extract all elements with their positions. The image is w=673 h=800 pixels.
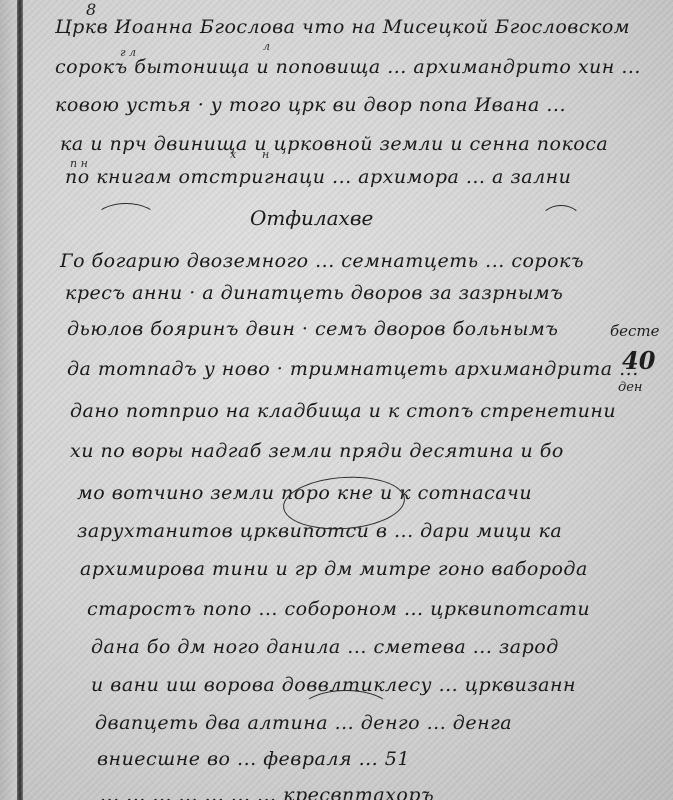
page-left-margin [0, 0, 18, 800]
text-line: кресъ анни · а динатцеть дворов за зазрн… [65, 282, 563, 304]
margin-note: бесте [610, 322, 660, 340]
text-line: старостъ попо ... собороном ... црквипот… [87, 598, 590, 620]
superscript-mark: п н [70, 157, 88, 170]
text-line: дано потприо на кладбища и к стопъ стрен… [70, 400, 616, 422]
superscript-mark: х [230, 148, 236, 161]
manuscript-page: 8 Цркв Иоанна Бгослова что на Мисецкой Б… [0, 0, 673, 800]
superscript-mark: л [263, 40, 270, 53]
text-line: Го богарию двоземного ... семнатцеть ...… [60, 250, 584, 272]
decorative-flourish [300, 690, 392, 732]
text-line: да тотпадъ у ново · тримнатцеть архиманд… [67, 358, 639, 380]
margin-note: ден [618, 380, 643, 395]
text-line: хи по воры надгаб земли пряди десятина и… [70, 440, 564, 462]
text-line: ка и прч двинища и црковной земли и сенн… [60, 133, 608, 155]
decorative-flourish [540, 205, 582, 237]
text-line: дьюлов бояринъ двин · семъ дворов больны… [67, 318, 558, 340]
text-line: дана бо дм ного данила ... сметева ... з… [91, 636, 559, 658]
text-line: Цркв Иоанна Бгослова что на Мисецкой Бго… [55, 16, 630, 38]
superscript-mark: н [262, 148, 269, 161]
text-line: ... ... ... ... ... ... ... кресвптахоръ [100, 784, 434, 800]
superscript-mark: г л [120, 46, 136, 59]
binding-edge [17, 0, 23, 800]
text-line: вниесшне во ... февраля ... 51 [97, 748, 410, 770]
margin-note-number: 40 [622, 346, 655, 375]
text-line: по книгам отстригнаци ... архимора ... а… [65, 166, 571, 188]
text-line: сорокъ бытонища и поповища ... архимандр… [55, 56, 641, 78]
section-heading: Отфилахве [250, 206, 373, 230]
text-line: ковою устья · у того црк ви двор попа Ив… [55, 94, 566, 116]
text-line: архимирова тини и гр дм митре гоно вабор… [80, 558, 588, 580]
decorative-flourish [95, 203, 157, 235]
